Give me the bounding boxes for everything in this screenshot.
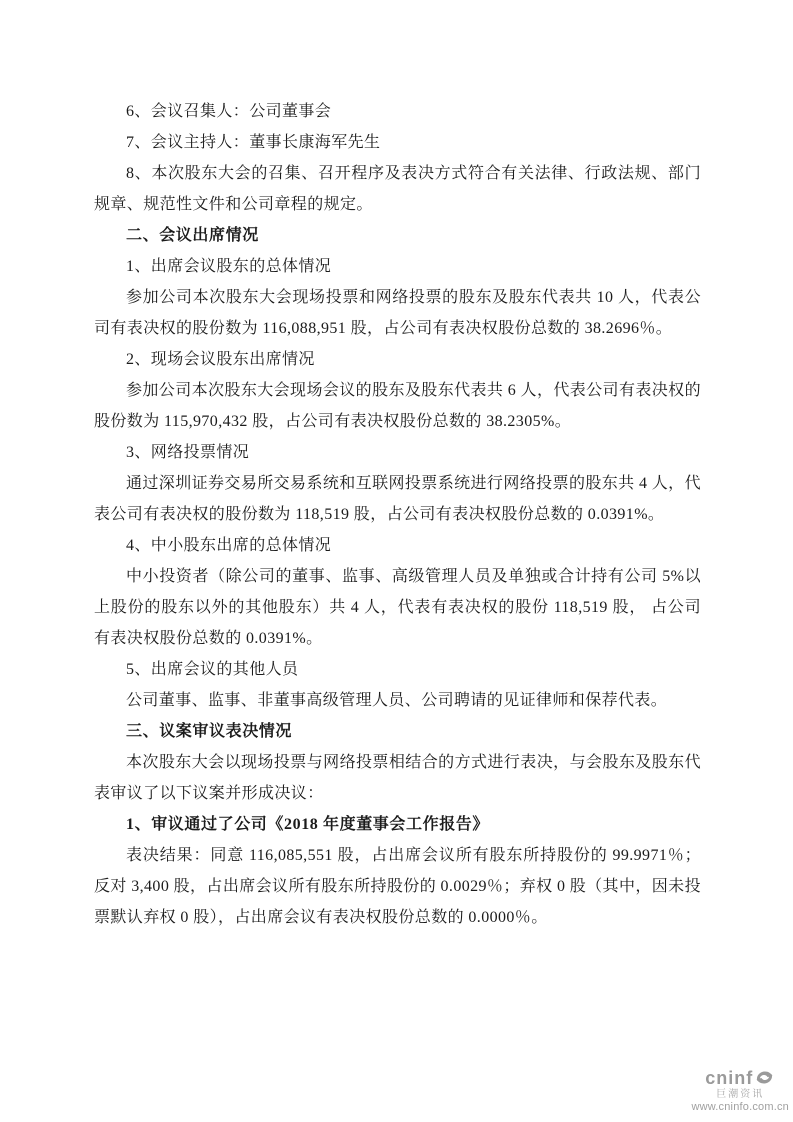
paragraph-other-attendees-detail: 公司董事、监事、非董事高级管理人员、公司聘请的见证律师和保荐代表。 [94, 685, 701, 716]
paragraph-onsite-attendance-detail: 参加公司本次股东大会现场会议的股东及股东代表共 6 人，代表公司有表决权的股份数… [94, 375, 701, 437]
paragraph-voting-method: 本次股东大会以现场投票与网络投票相结合的方式进行表决，与会股东及股东代表审议了以… [94, 747, 701, 809]
paragraph-minority-detail: 中小投资者（除公司的董事、监事、高级管理人员及单独或合计持有公司 5%以上股份的… [94, 561, 701, 654]
proposal-heading-board-report: 1、审议通过了公司《2018 年度董事会工作报告》 [94, 809, 701, 840]
paragraph-online-voting-detail: 通过深圳证券交易所交易系统和互联网投票系统进行网络投票的股东共 4 人，代表公司… [94, 468, 701, 530]
paragraph-chair: 7、会议主持人：董事长康海军先生 [94, 127, 701, 158]
paragraph-overall-attendance-title: 1、出席会议股东的总体情况 [94, 251, 701, 282]
cninfo-swirl-icon [754, 1067, 775, 1088]
document-page: 6、会议召集人：公司董事会 7、会议主持人：董事长康海军先生 8、本次股东大会的… [0, 0, 793, 1122]
paragraph-voting-result: 表决结果：同意 116,085,551 股，占出席会议所有股东所持股份的 99.… [94, 840, 701, 933]
paragraph-convener: 6、会议召集人：公司董事会 [94, 96, 701, 127]
cninfo-logo-text: cninf [705, 1069, 753, 1087]
cninfo-watermark: cninf 巨潮资讯 www.cninfo.com.cn [691, 1067, 789, 1113]
paragraph-minority-title: 4、中小股东出席的总体情况 [94, 530, 701, 561]
section-heading-voting: 三、议案审议表决情况 [94, 716, 701, 747]
paragraph-online-voting-title: 3、网络投票情况 [94, 437, 701, 468]
paragraph-overall-attendance-detail: 参加公司本次股东大会现场投票和网络投票的股东及股东代表共 10 人，代表公司有表… [94, 282, 701, 344]
paragraph-onsite-attendance-title: 2、现场会议股东出席情况 [94, 344, 701, 375]
cninfo-logo-url: www.cninfo.com.cn [691, 1102, 789, 1113]
paragraph-other-attendees-title: 5、出席会议的其他人员 [94, 654, 701, 685]
paragraph-legality: 8、本次股东大会的召集、召开程序及表决方式符合有关法律、行政法规、部门规章、规范… [94, 158, 701, 220]
cninfo-logo-chinese-name: 巨潮资讯 [716, 1090, 764, 1100]
document-body: 6、会议召集人：公司董事会 7、会议主持人：董事长康海军先生 8、本次股东大会的… [94, 96, 701, 933]
section-heading-attendance: 二、会议出席情况 [94, 220, 701, 251]
